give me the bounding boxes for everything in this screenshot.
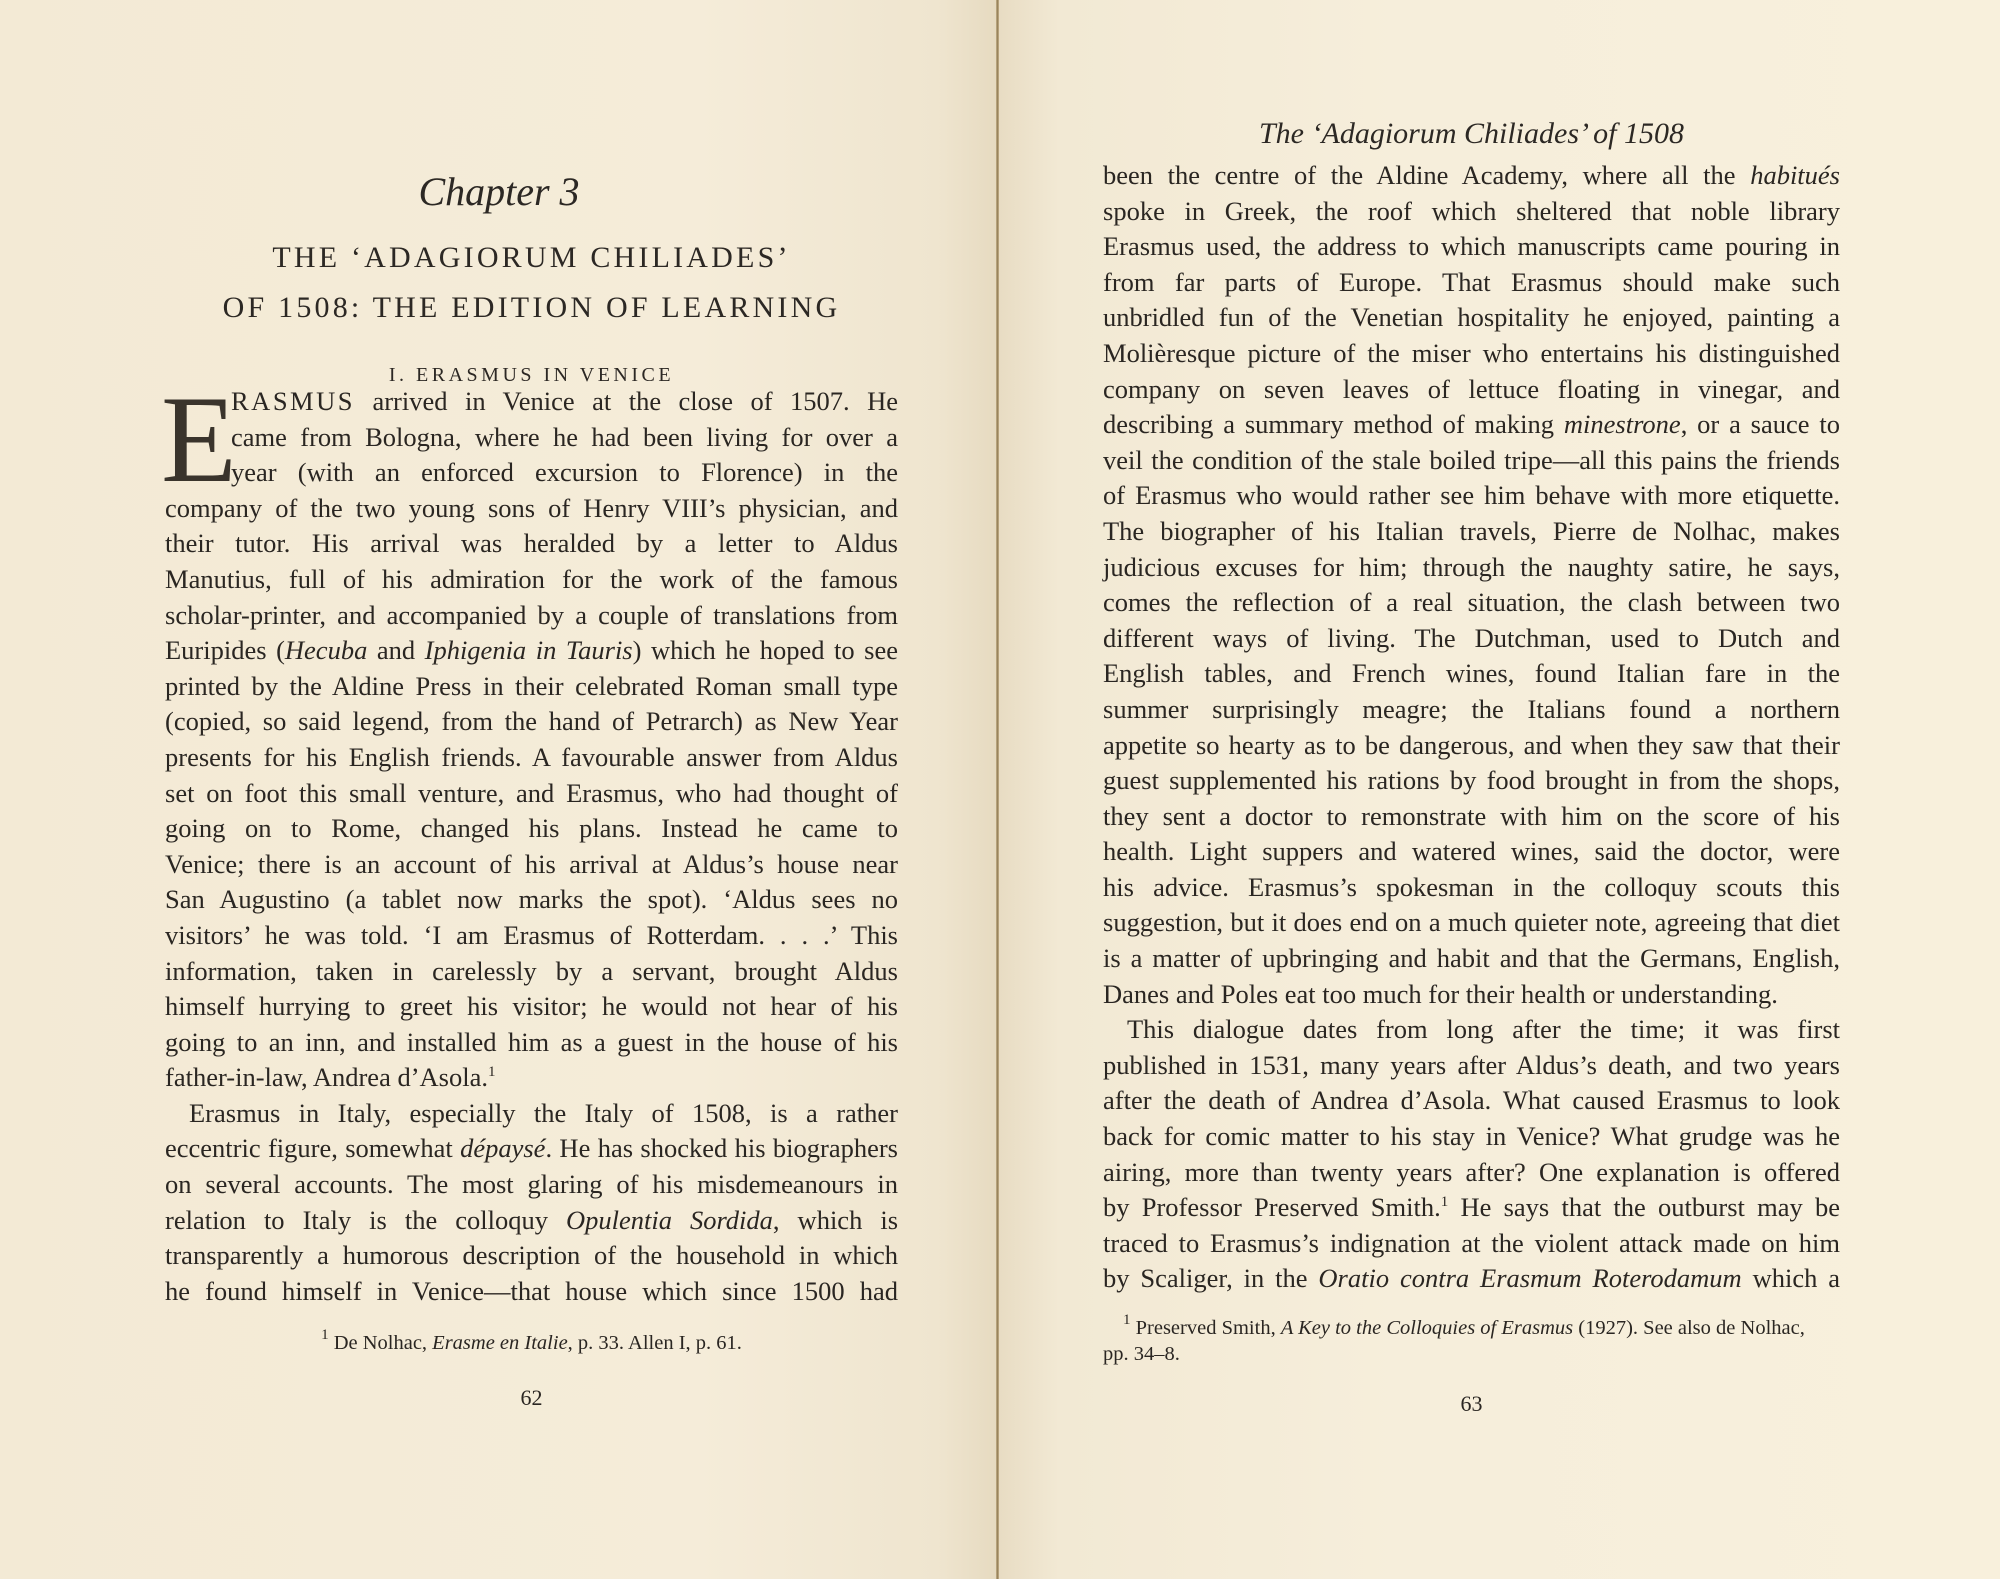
page-number-left: 62	[165, 1385, 898, 1411]
left-page: Chapter 3 THE ‘ADAGIORUM CHILIADES’ OF 1…	[0, 0, 998, 1579]
text-line: his advice. Erasmus’s spokesman in the c…	[1103, 870, 1840, 906]
text-line: back for comic matter to his stay in Ven…	[1103, 1119, 1840, 1155]
text-line: company of the two young sons of Henry V…	[165, 491, 898, 527]
right-body-text: been the centre of the Aldine Academy, w…	[1103, 158, 1840, 1297]
text-line: comes the reflection of a real situation…	[1103, 585, 1840, 621]
right-footnote: 1 Preserved Smith, A Key to the Colloqui…	[1103, 1315, 1840, 1367]
text-line: Erasmus used, the address to which manus…	[1103, 229, 1840, 265]
text-line: going to an inn, and installed him as a …	[165, 1025, 898, 1061]
text-line: been the centre of the Aldine Academy, w…	[1103, 158, 1840, 194]
text-line: Euripides (Hecuba and Iphigenia in Tauri…	[165, 633, 898, 669]
text-line: judicious excuses for him; through the n…	[1103, 550, 1840, 586]
text-line: describing a summary method of making mi…	[1103, 407, 1840, 443]
text-line: visitors’ he was told. ‘I am Erasmus of …	[165, 918, 898, 954]
text-line: set on foot this small venture, and Eras…	[165, 776, 898, 812]
text-line: This dialogue dates from long after the …	[1103, 1012, 1840, 1048]
text-line: San Augustino (a tablet now marks the sp…	[165, 882, 898, 918]
text-line: Molièresque picture of the miser who ent…	[1103, 336, 1840, 372]
text-line: summer surprisingly meagre; the Italians…	[1103, 692, 1840, 728]
chapter-label: Chapter 3	[0, 168, 998, 215]
text-line: Danes and Poles eat too much for their h…	[1103, 977, 1840, 1013]
text-line: spoke in Greek, the roof which sheltered…	[1103, 194, 1840, 230]
chapter-title-line: OF 1508: THE EDITION OF LEARNING	[165, 283, 898, 333]
left-footnote: 1 De Nolhac, Erasme en Italie, p. 33. Al…	[165, 1330, 898, 1356]
text-line: appetite so hearty as to be dangerous, a…	[1103, 728, 1840, 764]
drop-cap: E	[161, 388, 237, 492]
text-line: their tutor. His arrival was heralded by…	[165, 526, 898, 562]
text-line: is a matter of upbringing and habit and …	[1103, 941, 1840, 977]
text-line: unbridled fun of the Venetian hospitalit…	[1103, 300, 1840, 336]
text-line: year (with an enforced excursion to Flor…	[165, 455, 898, 491]
text-line: Manutius, full of his admiration for the…	[165, 562, 898, 598]
text-line: presents for his English friends. A favo…	[165, 740, 898, 776]
text-line: relation to Italy is the colloquy Opulen…	[165, 1203, 898, 1239]
text-line: Venice; there is an account of his arriv…	[165, 847, 898, 883]
text-line: RASMUS arrived in Venice at the close of…	[165, 384, 898, 420]
opening-word: RASMUS	[231, 386, 355, 416]
text-line: he found himself in Venice—that house wh…	[165, 1274, 898, 1310]
text-line: Erasmus in Italy, especially the Italy o…	[165, 1096, 898, 1132]
left-body-text: E RASMUS arrived in Venice at the close …	[165, 384, 898, 1309]
text-line: on several accounts. The most glaring of…	[165, 1167, 898, 1203]
text-line: came from Bologna, where he had been liv…	[165, 420, 898, 456]
text-line: traced to Erasmus’s indignation at the v…	[1103, 1226, 1840, 1262]
text-line: airing, more than twenty years after? On…	[1103, 1155, 1840, 1191]
text-line: going on to Rome, changed his plans. Ins…	[165, 811, 898, 847]
footnote-line: pp. 34–8.	[1103, 1341, 1840, 1367]
running-head: The ‘Adagiorum Chiliades’ of 1508	[1103, 117, 1840, 151]
text-line: father-in-law, Andrea d’Asola.1	[165, 1060, 898, 1096]
text-line: by Professor Preserved Smith.1 He says t…	[1103, 1190, 1840, 1226]
text-line: health. Light suppers and watered wines,…	[1103, 834, 1840, 870]
text-line: by Scaliger, in the Oratio contra Erasmu…	[1103, 1261, 1840, 1297]
text-line: guest supplemented his rations by food b…	[1103, 763, 1840, 799]
text-line: of Erasmus who would rather see him beha…	[1103, 478, 1840, 514]
text-line: eccentric figure, somewhat dépaysé. He h…	[165, 1131, 898, 1167]
text-line: company on seven leaves of lettuce float…	[1103, 372, 1840, 408]
text-line: veil the condition of the stale boiled t…	[1103, 443, 1840, 479]
text-line: English tables, and French wines, found …	[1103, 656, 1840, 692]
chapter-title: THE ‘ADAGIORUM CHILIADES’ OF 1508: THE E…	[165, 233, 898, 333]
text-line: published in 1531, many years after Aldu…	[1103, 1048, 1840, 1084]
text-line: different ways of living. The Dutchman, …	[1103, 621, 1840, 657]
footnote-line: 1 Preserved Smith, A Key to the Colloqui…	[1103, 1315, 1840, 1341]
book-spread: Chapter 3 THE ‘ADAGIORUM CHILIADES’ OF 1…	[0, 0, 2000, 1579]
text-line: suggestion, but it does end on a much qu…	[1103, 905, 1840, 941]
text-line: printed by the Aldine Press in their cel…	[165, 669, 898, 705]
text-line: information, taken in carelessly by a se…	[165, 954, 898, 990]
text-line: from far parts of Europe. That Erasmus s…	[1103, 265, 1840, 301]
text-line: scholar-printer, and accompanied by a co…	[165, 598, 898, 634]
text-line: (copied, so said legend, from the hand o…	[165, 704, 898, 740]
text-line: after the death of Andrea d’Asola. What …	[1103, 1083, 1840, 1119]
page-number-right: 63	[1103, 1391, 1840, 1417]
text-line: himself hurrying to greet his visitor; h…	[165, 989, 898, 1025]
text-line: transparently a humorous description of …	[165, 1238, 898, 1274]
chapter-title-line: THE ‘ADAGIORUM CHILIADES’	[165, 233, 898, 283]
text-line: The biographer of his Italian travels, P…	[1103, 514, 1840, 550]
text-line: they sent a doctor to remonstrate with h…	[1103, 799, 1840, 835]
